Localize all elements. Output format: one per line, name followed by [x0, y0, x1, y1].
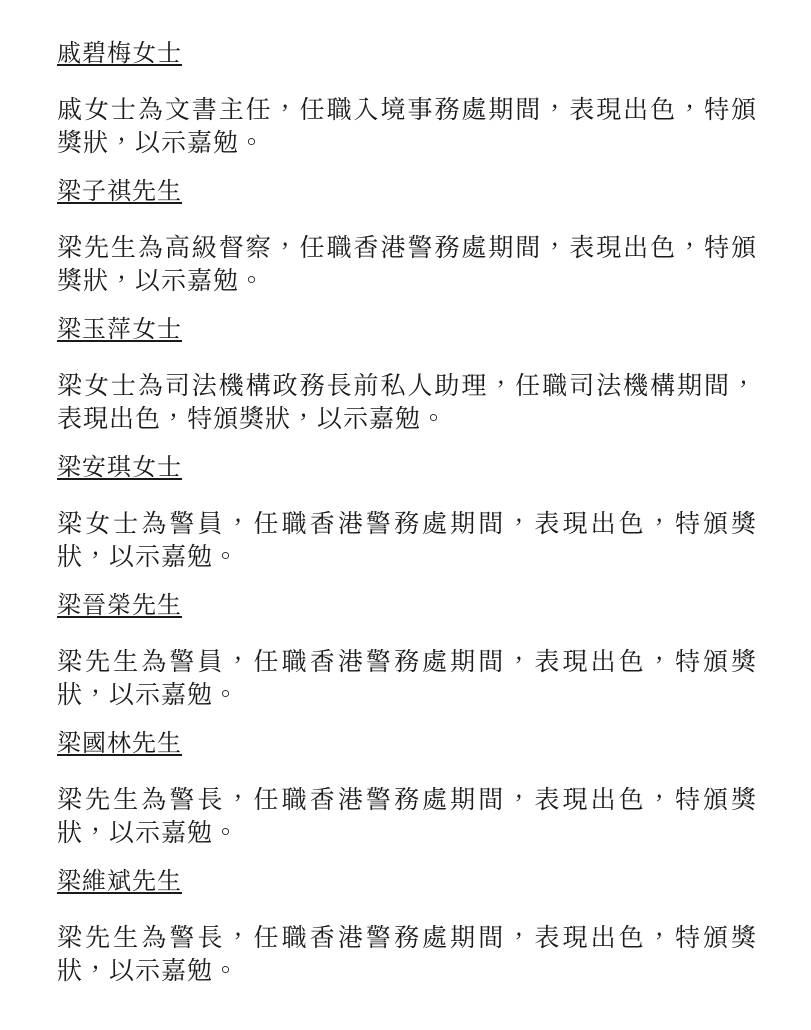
award-entry: 梁國林先生 梁先生為警長，任職香港警務處期間，表現出色，特頒獎狀，以示嘉勉。 — [57, 730, 757, 850]
award-entry: 梁維斌先生 梁先生為警長，任職香港警務處期間，表現出色，特頒獎狀，以示嘉勉。 — [57, 868, 757, 988]
recipient-name-heading: 梁國林先生 — [57, 730, 757, 758]
citation-paragraph: 梁女士為司法機構政務長前私人助理，任職司法機構期間，表現出色，特頒獎狀，以示嘉勉… — [57, 370, 757, 436]
citation-paragraph: 戚女士為文書主任，任職入境事務處期間，表現出色，特頒獎狀，以示嘉勉。 — [57, 94, 757, 160]
citation-paragraph: 梁女士為警員，任職香港警務處期間，表現出色，特頒獎狀，以示嘉勉。 — [57, 508, 757, 574]
award-entry: 梁玉萍女士 梁女士為司法機構政務長前私人助理，任職司法機構期間，表現出色，特頒獎… — [57, 316, 757, 436]
citation-paragraph: 梁先生為警員，任職香港警務處期間，表現出色，特頒獎狀，以示嘉勉。 — [57, 646, 757, 712]
citation-paragraph: 梁先生為警長，任職香港警務處期間，表現出色，特頒獎狀，以示嘉勉。 — [57, 922, 757, 988]
recipient-name-heading: 梁玉萍女士 — [57, 316, 757, 344]
award-entry: 梁安琪女士 梁女士為警員，任職香港警務處期間，表現出色，特頒獎狀，以示嘉勉。 — [57, 454, 757, 574]
recipient-name-heading: 梁維斌先生 — [57, 868, 757, 896]
recipient-name-heading: 梁子祺先生 — [57, 178, 757, 206]
document-page: 戚碧梅女士 戚女士為文書主任，任職入境事務處期間，表現出色，特頒獎狀，以示嘉勉。… — [0, 0, 811, 1030]
recipient-name-heading: 梁晉榮先生 — [57, 592, 757, 620]
citation-paragraph: 梁先生為高級督察，任職香港警務處期間，表現出色，特頒獎狀，以示嘉勉。 — [57, 232, 757, 298]
award-entry: 戚碧梅女士 戚女士為文書主任，任職入境事務處期間，表現出色，特頒獎狀，以示嘉勉。 — [57, 40, 757, 160]
award-entry: 梁子祺先生 梁先生為高級督察，任職香港警務處期間，表現出色，特頒獎狀，以示嘉勉。 — [57, 178, 757, 298]
recipient-name-heading: 戚碧梅女士 — [57, 40, 757, 68]
award-entry: 梁晉榮先生 梁先生為警員，任職香港警務處期間，表現出色，特頒獎狀，以示嘉勉。 — [57, 592, 757, 712]
citation-paragraph: 梁先生為警長，任職香港警務處期間，表現出色，特頒獎狀，以示嘉勉。 — [57, 784, 757, 850]
recipient-name-heading: 梁安琪女士 — [57, 454, 757, 482]
